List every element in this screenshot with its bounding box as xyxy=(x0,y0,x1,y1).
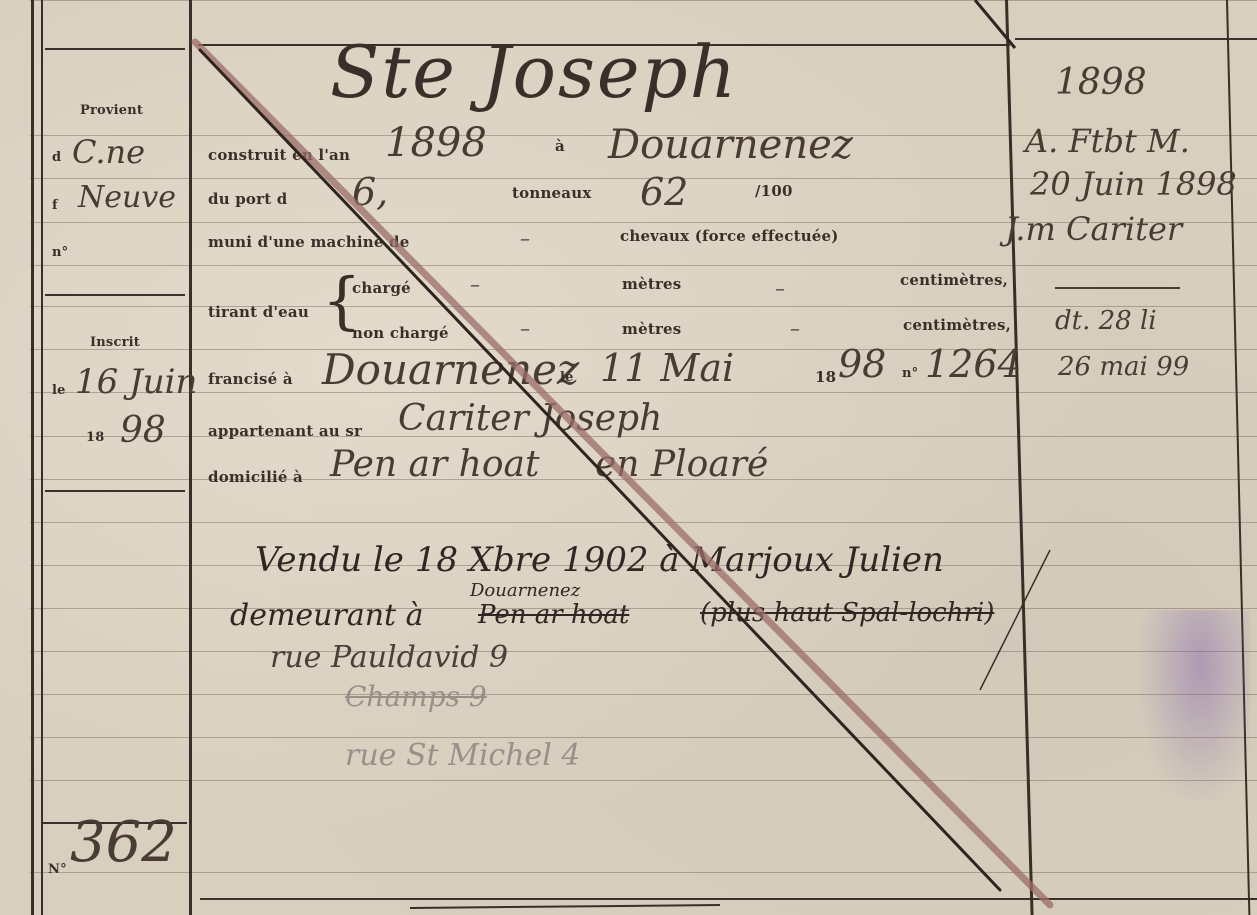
right-line-6: 26 mai 99 xyxy=(1058,352,1189,382)
domicile-commune: en Ploaré xyxy=(595,444,768,485)
sale-line-3: rue Pauldavid 9 xyxy=(270,640,508,675)
francise-place: Douarnenez xyxy=(322,345,579,394)
sale-line-2-inserted: Douarnenez xyxy=(470,580,580,601)
francise-year-prefix: 18 xyxy=(815,368,836,386)
inscrit-le-label: le xyxy=(52,383,66,398)
francise-date: 11 Mai xyxy=(600,346,734,390)
bottom-rule xyxy=(200,898,1257,900)
chevaux-label: chevaux (force effectuée) xyxy=(620,227,839,245)
tonneaux-value: 62 xyxy=(640,170,688,214)
right-separator xyxy=(1055,287,1180,289)
non-charge-value: – xyxy=(520,316,530,340)
provient-label: Provient xyxy=(80,103,143,118)
ship-name: Ste Joseph xyxy=(330,30,738,114)
next-entry-stroke xyxy=(410,905,720,908)
tonneaux-label: tonneaux xyxy=(512,184,591,202)
sale-line-1: Vendu le 18 Xbre 1902 à Marjoux Julien xyxy=(255,540,944,580)
sale-line-2-prefix: demeurant à xyxy=(230,598,424,633)
metres-label-1: mètres xyxy=(622,275,681,293)
pencil-line-2: rue St Michel 4 xyxy=(345,738,581,773)
sale-line-2-struck-paren: (plus haut Spal-lochri) xyxy=(700,598,994,628)
pencil-line-1: Champs 9 xyxy=(345,680,487,713)
f-label: f xyxy=(52,198,58,213)
register-number: 362 xyxy=(70,810,177,875)
charge-label: chargé xyxy=(352,279,411,297)
right-line-5: dt. 28 li xyxy=(1055,306,1157,336)
right-top-rule xyxy=(1015,38,1257,40)
appartenant-label: appartenant au sr xyxy=(208,422,362,440)
left-section-rule-2 xyxy=(45,490,185,492)
construit-year: 1898 xyxy=(385,120,487,166)
centimetres-label-2: centimètres, xyxy=(903,316,1011,334)
sale-line-2-struck: Pen ar hoat xyxy=(478,600,629,630)
column-divider-left xyxy=(189,0,192,915)
tonneaux-fraction: /100 xyxy=(755,182,793,200)
machine-label: muni d'une machine de xyxy=(208,233,410,251)
machine-value: – xyxy=(520,226,530,250)
inscrit-year-prefix: 18 xyxy=(86,430,105,445)
domicile-value: Pen ar hoat xyxy=(330,444,539,485)
francise-label: francisé à xyxy=(208,370,293,388)
metres-value-2: – xyxy=(790,316,800,340)
right-line-3: 20 Juin 1898 xyxy=(1030,165,1237,203)
domicile-label: domicilié à xyxy=(208,468,303,486)
left-margin-line-inner xyxy=(41,0,43,915)
metres-label-2: mètres xyxy=(622,320,681,338)
left-margin-line xyxy=(31,0,34,915)
port-label: du port d xyxy=(208,190,287,208)
n-label: n° xyxy=(52,245,68,260)
tirant-label: tirant d'eau xyxy=(208,303,309,321)
metres-value-1: – xyxy=(775,276,785,300)
right-line-2: A. Ftbt M. xyxy=(1025,122,1190,160)
f-value: Neuve xyxy=(78,180,176,215)
francise-le-label: le xyxy=(560,370,574,385)
charge-value: – xyxy=(470,272,480,296)
left-section-rule xyxy=(45,294,185,296)
d-label: d xyxy=(52,150,61,165)
centimetres-label-1: centimètres, xyxy=(900,271,1008,289)
francise-year-suffix: 98 xyxy=(838,342,886,386)
inscrit-label: Inscrit xyxy=(90,335,140,350)
right-line-4: J.m Cariter xyxy=(1005,210,1182,248)
construit-place: Douarnenez xyxy=(608,122,853,168)
francise-no-label: n° xyxy=(902,366,918,381)
non-charge-label: non chargé xyxy=(352,324,449,342)
owner-name: Cariter Joseph xyxy=(398,398,662,439)
inscrit-date: 16 Juin xyxy=(75,362,197,402)
violet-stamp-mark xyxy=(1140,610,1250,800)
construit-label: construit en l'an xyxy=(208,146,350,164)
left-column-top-rule xyxy=(45,48,185,50)
inscrit-year-suffix: 98 xyxy=(120,410,166,451)
construit-a-label: à xyxy=(555,137,565,155)
d-value: C.ne xyxy=(72,133,145,171)
number-label: N° xyxy=(48,862,67,877)
right-line-1: 1898 xyxy=(1055,62,1147,103)
francise-no-value: 1264 xyxy=(925,342,1022,386)
port-value: 6, xyxy=(352,170,388,214)
